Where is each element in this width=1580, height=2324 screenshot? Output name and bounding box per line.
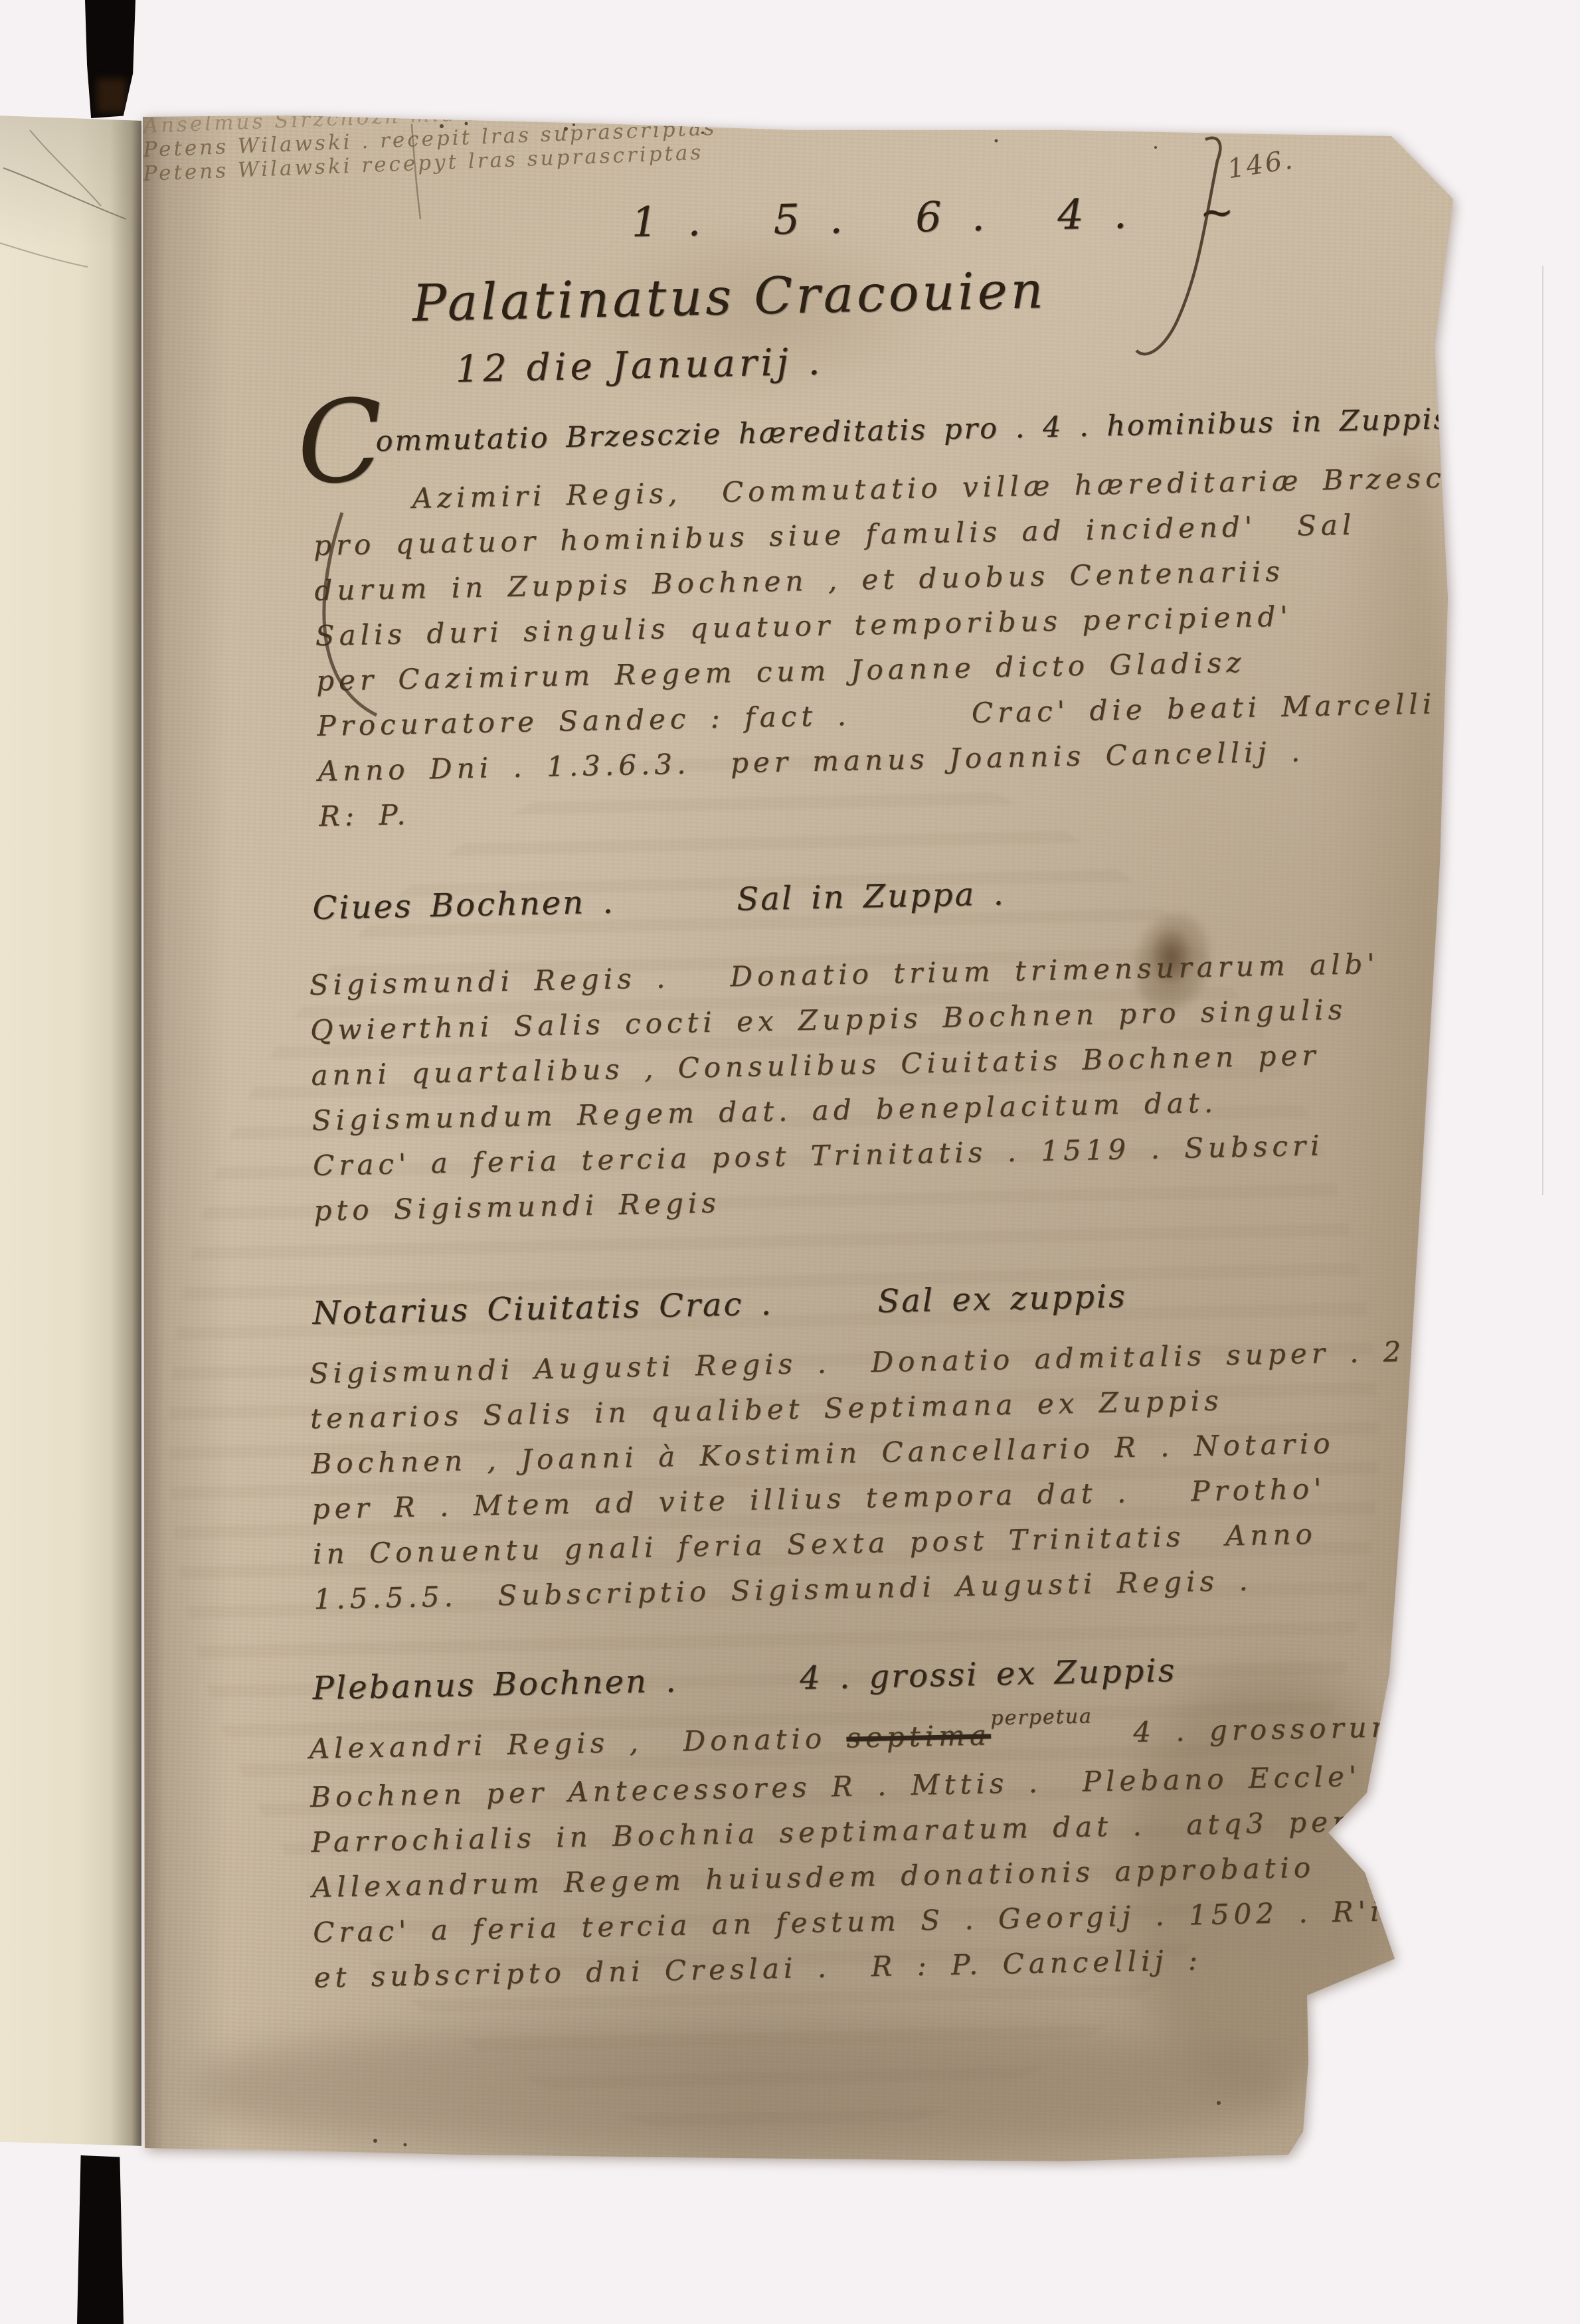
entry-4-body: Alexandri Regis , Donatio septimaperpetu…	[309, 1701, 1580, 2001]
entry-1-marginal-note: Anselmus Sirzchozh mid ssd	[143, 64, 1458, 138]
line-pre: Alexandri Regis , Donatio	[309, 1722, 847, 1765]
folio-number: 146.	[1225, 144, 1296, 185]
entry-1-heading: ommutatio Brzesczie hæreditatis pro . 4 …	[375, 402, 1450, 458]
paper-crack-lines	[0, 112, 141, 2150]
date-line: 12 die Januarij .	[455, 340, 824, 391]
entry-1-body: Azimiri Regis, Commutatio villæ hæredita…	[312, 454, 1506, 839]
previous-page-edge	[0, 112, 141, 2150]
parchment: 146. 1. 5. 6. 4. ~ Palatinatus Cracouien…	[143, 114, 1458, 2166]
struck-word: septima	[846, 1718, 991, 1754]
entry-3-body: Sigismundi Augusti Regis . Donatio admit…	[309, 1327, 1534, 1622]
binding-strap-top	[85, 0, 135, 118]
line-post: 4 . grossorum ex Zuppis	[1093, 1706, 1580, 1750]
previous-page-shading	[0, 112, 141, 284]
entry-2-heading: Ciues Bochnen . Sal in Zuppa .	[312, 875, 1006, 927]
entry-3-heading: Notarius Ciuitatis Crac . Sal ex zuppis	[312, 1278, 1127, 1332]
year-heading: 1. 5. 6. 4. ~	[631, 187, 1265, 246]
bottom-aging-band	[196, 2027, 1292, 2149]
entry-2-body: Sigismundi Regis . Donatio trium trimens…	[309, 942, 1384, 1234]
scan-crease	[1542, 266, 1543, 1195]
scanned-manuscript: { "document": { "page_number": "146.", "…	[0, 0, 1580, 2324]
pen-flourish	[1136, 138, 1220, 355]
manuscript-page: 146. 1. 5. 6. 4. ~ Palatinatus Cracouien…	[143, 114, 1458, 2166]
page-title: Palatinatus Cracouien	[412, 260, 1047, 333]
gutter-shadow	[143, 114, 229, 2166]
binding-strap-bottom	[77, 2155, 124, 2324]
interlinear-correction: perpetua	[990, 1694, 1093, 1741]
